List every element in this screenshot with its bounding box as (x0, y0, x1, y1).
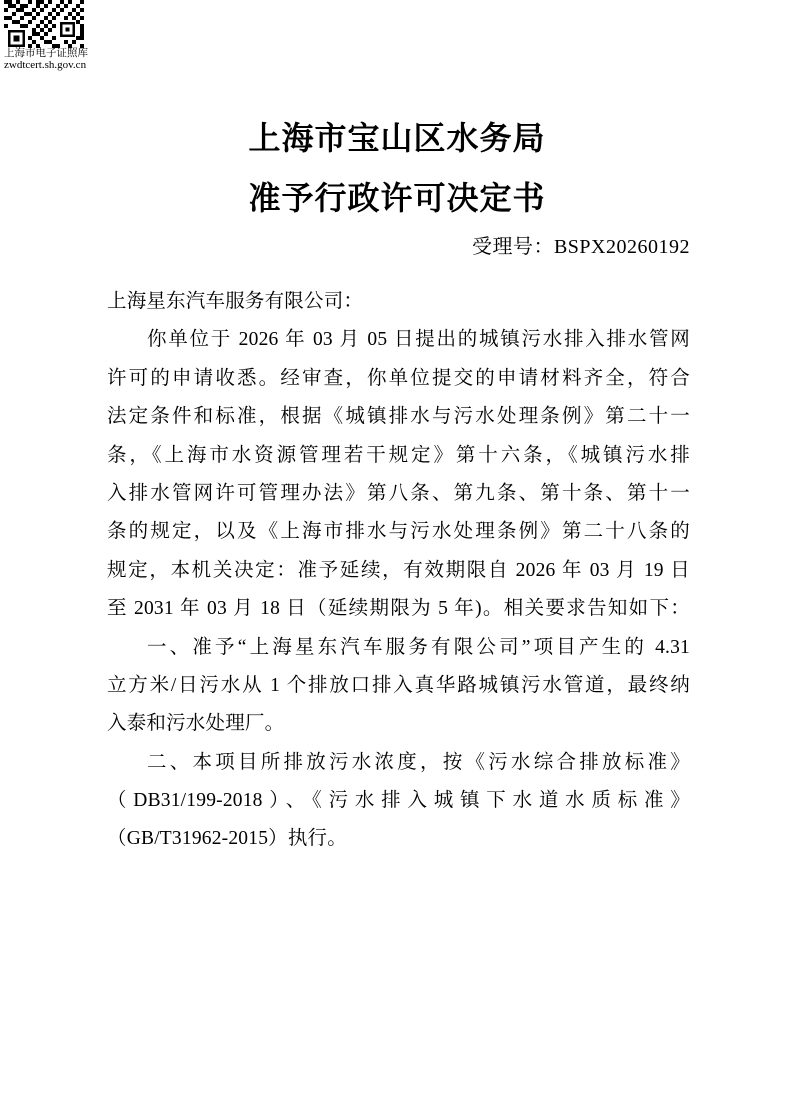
qr-code-image (4, 0, 84, 48)
document-line: 入排水管网许可管理办法》第八条、第九条、第十条、第十一 (107, 475, 690, 513)
document-line: 许可的申请收悉。经审查，你单位提交的申请材料齐全，符合 (107, 360, 690, 398)
document-line: 一、准予“上海星东汽车服务有限公司”项目产生的 4.31 (107, 629, 690, 667)
doc-title: 准予行政许可决定书 (0, 178, 794, 218)
document-line: 二、本项目所排放污水浓度，按《污水综合排放标准》 (107, 744, 690, 782)
document-line: 法定条件和标准，根据《城镇排水与污水处理条例》第二十一 (107, 398, 690, 436)
document-line: 条的规定，以及《上海市排水与污水处理条例》第二十八条的 (107, 513, 690, 551)
document-line: 条，《上海市水资源管理若干规定》第十六条，《城镇污水排 (107, 437, 690, 475)
document-line: 规定，本机关决定：准予延续，有效期限自 2026 年 03 月 19 日 (107, 552, 690, 590)
qr-code-block: 上海市电子证照库 zwdtcert.sh.gov.cn (4, 0, 88, 71)
document-line: 你单位于 2026 年 03 月 05 日提出的城镇污水排入排水管网 (107, 321, 690, 359)
receipt-number: 受理号：BSPX20260192 (472, 232, 690, 262)
document-line: （DB31/199-2018）、《污水排入城镇下水道水质标准》 (107, 782, 690, 820)
document-line: 至 2031 年 03 月 18 日（延续期限为 5 年)。相关要求告知如下： (107, 590, 690, 628)
qr-caption-library: 上海市电子证照库 (4, 48, 88, 60)
document-line: 立方米/日污水从 1 个排放口排入真华路城镇污水管道，最终纳 (107, 667, 690, 705)
document-body: 上海星东汽车服务有限公司： 你单位于 2026 年 03 月 05 日提出的城镇… (107, 283, 690, 859)
document-line: 入泰和污水处理厂。 (107, 705, 690, 743)
document-page: 上海市电子证照库 zwdtcert.sh.gov.cn 上海市宝山区水务局 准予… (0, 0, 794, 1093)
org-title: 上海市宝山区水务局 (0, 118, 794, 158)
document-line: 上海星东汽车服务有限公司： (107, 283, 690, 321)
document-line: （GB/T31962-2015）执行。 (107, 820, 690, 858)
qr-caption-url: zwdtcert.sh.gov.cn (4, 60, 88, 72)
